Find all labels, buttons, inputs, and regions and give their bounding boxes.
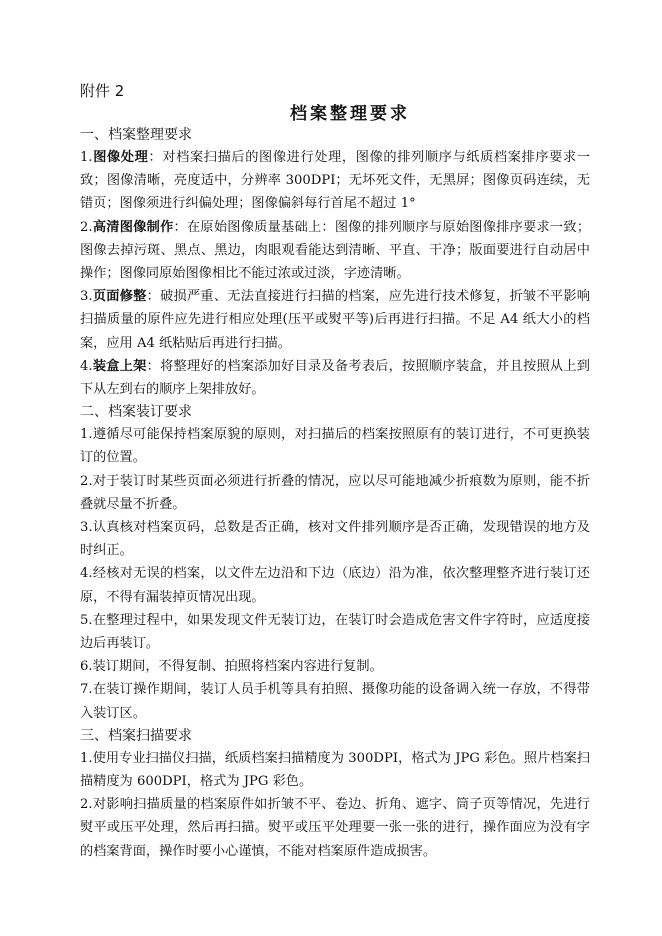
item-text: 对于装订时某些页面必须进行折叠的情况，应以尽可能地减少折痕数为原则，能不折叠就尽… <box>80 474 590 512</box>
item-number: 1. <box>80 427 93 442</box>
item-text: 在整理过程中，如果发现文件无装订边，在装订时会造成危害文件字符时，应适度接边后再… <box>80 613 590 651</box>
section-heading: 三、档案扫描要求 <box>80 725 590 747</box>
list-item: 3.页面修整：破损严重、无法直接进行扫描的档案，应先进行技术修复，折皱不平影响扫… <box>80 285 590 355</box>
list-item: 2.对影响扫描质量的档案原件如折皱不平、卷边、折角、遮字、筒子页等情况，先进行熨… <box>80 793 590 863</box>
list-item: 3.认真核对档案页码，总数是否正确，核对文件排列顺序是否正确，发现错误的地方及时… <box>80 516 590 562</box>
item-bold-label: 图像处理 <box>93 150 149 165</box>
list-item: 2.高清图像制作：在原始图像质量基础上：图像的排列顺序与原始图像排序要求一致；图… <box>80 216 590 286</box>
item-text: 使用专业扫描仪扫描，纸质档案扫描精度为 300DPI，格式为 JPG 彩色。照片… <box>80 751 590 789</box>
item-number: 1. <box>80 751 93 766</box>
document-title: 档案整理要求 <box>80 102 590 124</box>
item-text: ：对档案扫描后的图像进行处理，图像的排列顺序与纸质档案排序要求一致；图像清晰，亮… <box>80 150 590 211</box>
item-number: 7. <box>80 682 93 697</box>
attachment-label: 附件 2 <box>80 80 590 102</box>
list-item: 1.图像处理：对档案扫描后的图像进行处理，图像的排列顺序与纸质档案排序要求一致；… <box>80 146 590 216</box>
item-text: 在装订操作期间，装订人员手机等具有拍照、摄像功能的设备调入统一存放，不得带入装订… <box>80 682 590 720</box>
section-heading: 二、档案装订要求 <box>80 401 590 423</box>
item-number: 4. <box>80 566 93 581</box>
item-text: 对影响扫描质量的档案原件如折皱不平、卷边、折角、遮字、筒子页等情况，先进行熨平或… <box>80 797 590 858</box>
list-item: 7.在装订操作期间，装订人员手机等具有拍照、摄像功能的设备调入统一存放，不得带入… <box>80 678 590 724</box>
item-number: 5. <box>80 613 93 628</box>
item-text: 装订期间，不得复制、拍照将档案内容进行复制。 <box>93 659 383 674</box>
item-text: 遵循尽可能保持档案原貌的原则，对扫描后的档案按照原有的装订进行，不可更换装订的位… <box>80 427 590 465</box>
item-text: 认真核对档案页码，总数是否正确，核对文件排列顺序是否正确，发现错误的地方及时纠正… <box>80 520 590 558</box>
section-heading: 一、档案整理要求 <box>80 124 590 146</box>
list-item: 1.遵循尽可能保持档案原貌的原则，对扫描后的档案按照原有的装订进行，不可更换装订… <box>80 423 590 469</box>
list-item: 5.在整理过程中，如果发现文件无装订边，在装订时会造成危害文件字符时，应适度接边… <box>80 609 590 655</box>
document-page: 附件 2 档案整理要求 一、档案整理要求 1.图像处理：对档案扫描后的图像进行处… <box>80 80 590 863</box>
item-number: 2. <box>80 797 93 812</box>
item-bold-label: 页面修整 <box>93 289 147 304</box>
item-number: 3. <box>80 289 93 304</box>
list-item: 6.装订期间，不得复制、拍照将档案内容进行复制。 <box>80 655 590 678</box>
item-number: 1. <box>80 150 93 165</box>
item-number: 4. <box>80 359 93 374</box>
item-number: 6. <box>80 659 93 674</box>
item-bold-label: 高清图像制作 <box>93 220 174 235</box>
item-text: ：将整理好的档案添加好目录及备考表后，按照顺序装盒，并且按照从上到下从左到右的顺… <box>80 359 590 397</box>
item-text: 经核对无误的档案，以文件左边沿和下边（底边）沿为准，依次整理整齐进行装订还原，不… <box>80 566 590 604</box>
list-item: 4.经核对无误的档案，以文件左边沿和下边（底边）沿为准，依次整理整齐进行装订还原… <box>80 562 590 608</box>
item-bold-label: 装盒上架 <box>93 359 147 374</box>
item-number: 3. <box>80 520 93 535</box>
list-item: 4.装盒上架：将整理好的档案添加好目录及备考表后，按照顺序装盒，并且按照从上到下… <box>80 355 590 401</box>
item-text: ：破损严重、无法直接进行扫描的档案，应先进行技术修复，折皱不平影响扫描质量的原件… <box>80 289 590 350</box>
item-number: 2. <box>80 474 93 489</box>
list-item: 1.使用专业扫描仪扫描，纸质档案扫描精度为 300DPI，格式为 JPG 彩色。… <box>80 747 590 793</box>
list-item: 2.对于装订时某些页面必须进行折叠的情况，应以尽可能地减少折痕数为原则，能不折叠… <box>80 470 590 516</box>
item-number: 2. <box>80 220 93 235</box>
